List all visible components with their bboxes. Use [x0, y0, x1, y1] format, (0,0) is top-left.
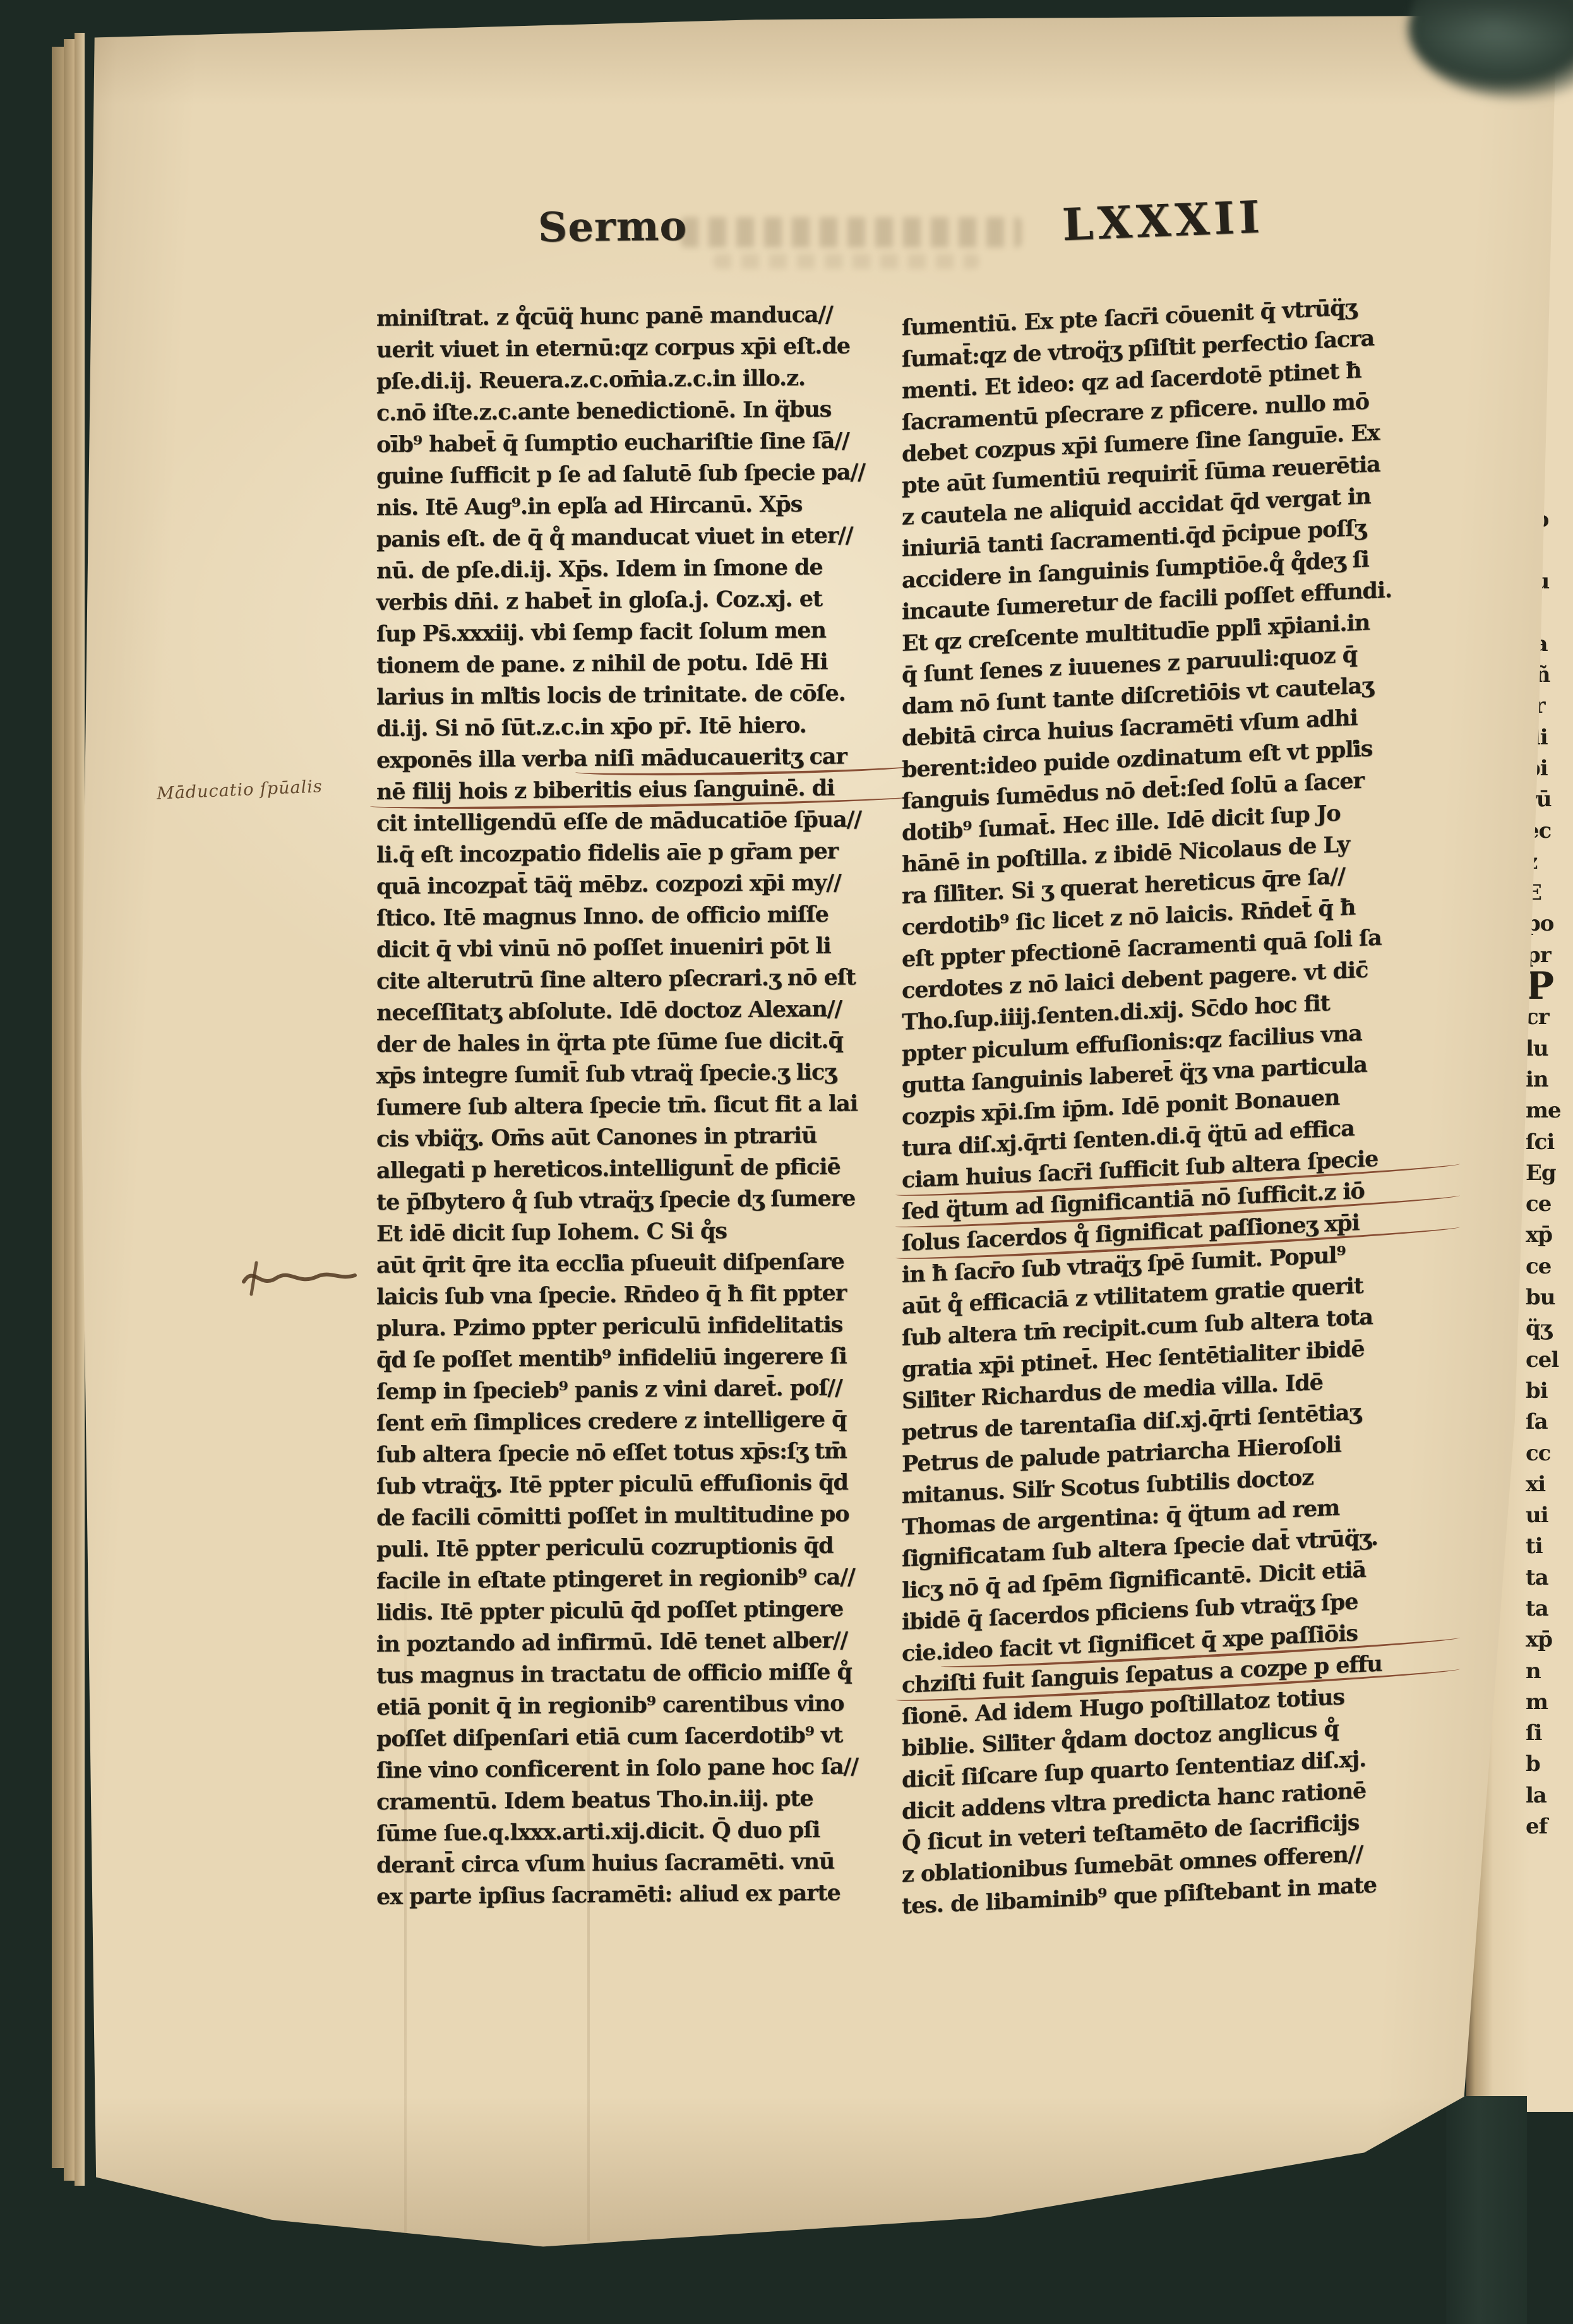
book-leaf-edge: [64, 39, 75, 2181]
text-line: cite alterutrū ſine altero pſecrari.ʒ nō…: [376, 962, 913, 998]
text-line: panis eſt. de q̄ q̊ manducat viuet in et…: [376, 520, 913, 556]
text-fragment: ſi: [1526, 1718, 1561, 1749]
text-fragment: b: [1526, 1749, 1561, 1780]
text-line: Et idē dicit ſup Iohem. C Si q̊s: [376, 1214, 913, 1250]
text-fragment: bu: [1526, 1282, 1561, 1313]
text-fragment: xi: [1526, 1469, 1561, 1500]
text-line: ſtico. Itē magnus Inno. de officio miſſe: [376, 898, 913, 934]
blurred-object-shadow: [1415, 0, 1573, 38]
text-line: derant̄ circa vſum huius ſacramēti. vnū: [376, 1845, 913, 1881]
text-line: ſub vtraq̈ʒ. Itē ppter piculū effuſionis…: [376, 1467, 913, 1503]
text-line: puli. Itē ppter periculū cozruptionis q̄…: [376, 1530, 913, 1566]
text-line: de facili cōmitti poſſet in multitudine …: [376, 1498, 913, 1534]
text-fragment: ui: [1526, 1500, 1561, 1531]
text-fragment: xp̄: [1526, 1220, 1561, 1251]
photographed-book-page: eetoʒſuħfatñfrdibirūeczEpoprPcrluinmeſci…: [0, 0, 1573, 2324]
text-line: oīb⁹ habet̄ q̄ ſumptio euchariſtie ſine …: [376, 425, 913, 461]
text-fragment: lu: [1526, 1034, 1561, 1064]
text-fragment: ta: [1526, 1563, 1561, 1594]
next-page-edge-shadow: [1446, 2096, 1527, 2324]
text-line: tus magnus in tractatu de officio miſſe …: [376, 1656, 913, 1692]
text-fragment: xp̄: [1526, 1624, 1561, 1655]
text-line: aūt q̄rit q̄re ita eccľia pſueuit diſpen…: [376, 1246, 913, 1282]
text-fragment: n: [1526, 1656, 1561, 1687]
text-line: ſup Ps̄.xxxiij. vbi ſemp facit ſolum men: [376, 614, 913, 650]
text-line: li.q̄ eſt incozpatio fidelis aīe p gr̄am…: [376, 835, 913, 871]
text-fragment: P: [1526, 971, 1561, 1002]
folio-number: LXXXII: [1061, 191, 1265, 251]
text-line: ſine vino conficerent in ſolo pane hoc ſ…: [376, 1751, 913, 1787]
text-line: poſſet diſpenſari etiā cum ſacerdotib⁹ v…: [376, 1719, 913, 1755]
show-through-ghost: [681, 217, 1022, 247]
text-fragment: cc: [1526, 1438, 1561, 1469]
text-line: larius in mľtis locis de trinitate. de c…: [376, 677, 913, 713]
text-line: ſent em̄ ſimplices credere z intelligere…: [376, 1403, 913, 1439]
running-title: Sermo: [538, 203, 688, 251]
text-fragment: me: [1526, 1095, 1561, 1126]
text-line: c.nō iſte.z.c.ante benedictionē. In q̈bu…: [376, 393, 913, 429]
text-line: lidis. Itē ppter piculū q̄d poſſet pting…: [376, 1593, 913, 1629]
text-column-right: ſumentiū. Ex pte ſacr̄i cōuenit q̄ vtrūq…: [902, 287, 1457, 1922]
text-line: nē filij hois z biberitis eius ſanguinē.…: [376, 772, 913, 808]
text-fragment: in: [1526, 1064, 1561, 1095]
text-line: in poztando ad infirmū. Idē tenet alber/…: [376, 1624, 913, 1660]
text-line: nis. Itē Aug⁹.in epľa ad Hircanū. Xp̄s: [376, 488, 913, 524]
marginal-scribble: [237, 1253, 370, 1303]
text-fragment: ef: [1526, 1811, 1561, 1842]
text-line: q̄d ſe poſſet mentib⁹ infideliū ingerere…: [376, 1340, 913, 1376]
text-line: guine ſufficit p ſe ad ſalutē ſub ſpecie…: [376, 456, 913, 492]
text-line: ex parte ipſius ſacramēti: aliud ex part…: [376, 1877, 913, 1913]
text-line: ſub altera ſpecie nō eſſet totus xp̄s:ſʒ…: [376, 1435, 913, 1471]
text-fragment: m: [1526, 1687, 1561, 1718]
text-line: tionem de pane. z nihil de potu. Idē Hi: [376, 646, 913, 682]
text-line: facile in eſtate ptingeret in regionib⁹ …: [376, 1561, 913, 1597]
book-leaf-edge: [52, 47, 64, 2168]
text-line: der de hales in q̈rta pte ſūme ſue dicit…: [376, 1025, 913, 1061]
text-line: xp̄s integre ſumit̄ ſub vtraq̈ ſpecie.ʒ …: [376, 1056, 913, 1092]
text-line: cit intelligendū eſſe de māducatiōe ſp̄u…: [376, 804, 913, 840]
text-line: pſe.di.ij. Reuera.z.c.om̄ia.z.c.in illo.…: [376, 362, 913, 398]
text-fragment: q̈ʒ: [1526, 1313, 1561, 1344]
text-fragment: ti: [1526, 1531, 1561, 1562]
text-fragment: ce: [1526, 1251, 1561, 1282]
text-line: te p̄ſbytero q̊ ſub vtraq̈ʒ ſpecie dʒ ſu…: [376, 1183, 913, 1219]
text-line: exponēs illa verba niſi māducaueritʒ car: [376, 741, 913, 777]
text-line: di.ij. Si nō ſūt.z.c.in xp̄o pr̄. Itē hi…: [376, 709, 913, 745]
text-fragment: ſa: [1526, 1407, 1561, 1438]
text-line: verbis dn̄i. z habet̄ in gloſa.j. Coz.xj…: [376, 583, 913, 619]
text-fragment: cel: [1526, 1345, 1561, 1376]
text-line: cramentū. Idem beatus Tho.in.iij. pte: [376, 1782, 913, 1818]
text-line: quā incozpat̄ tāq̈ mēbz. cozpozi xp̄i my…: [376, 867, 913, 903]
text-line: uerit viuet in eternū:qz corpus xp̄i eſt…: [376, 330, 913, 366]
text-fragment: Eg: [1526, 1158, 1561, 1189]
text-line: cis vbiq̈ʒ. Om̄s aūt Canones in ptrariū: [376, 1119, 913, 1155]
text-line: ſūme ſue.q.lxxx.arti.xij.dicit. Q̄ duo p…: [376, 1814, 913, 1850]
text-fragment: bi: [1526, 1376, 1561, 1407]
text-fragment: ſci: [1526, 1127, 1561, 1158]
show-through-ghost: [714, 254, 979, 269]
text-fragment: cr: [1526, 1002, 1561, 1033]
text-fragment: ce: [1526, 1189, 1561, 1220]
text-line: allegati p hereticos.intelligunt̄ de pfi…: [376, 1151, 913, 1187]
text-line: ſumere ſub altera ſpecie tm̄. ſicut fit …: [376, 1088, 913, 1124]
text-fragment: la: [1526, 1780, 1561, 1811]
text-fragment: ta: [1526, 1594, 1561, 1624]
text-line: miniſtrat. z q̊cūq̈ hunc panē manduca//: [376, 299, 913, 335]
text-column-left: miniſtrat. z q̊cūq̈ hunc panē manduca//u…: [376, 299, 913, 1913]
text-line: plura. Pzimo ppter periculū infidelitati…: [376, 1309, 913, 1345]
text-line: nū. de pſe.di.ij. Xp̄s. Idem in ſmone de: [376, 551, 913, 587]
text-line: ſemp in ſpecieb⁹ panis z vini daret̄. po…: [376, 1372, 913, 1408]
text-line: dicit q̄ vbi vinū nō poſſet inueniri pōt…: [376, 930, 913, 966]
text-line: neceſſitatʒ abſolute. Idē doctoz Alexan/…: [376, 993, 913, 1029]
text-line: laicis ſub vna ſpecie. Rn̄deo q̄ ħ fit p…: [376, 1277, 913, 1313]
text-line: etiā ponit q̄ in regionib⁹ carentibus vi…: [376, 1688, 913, 1724]
